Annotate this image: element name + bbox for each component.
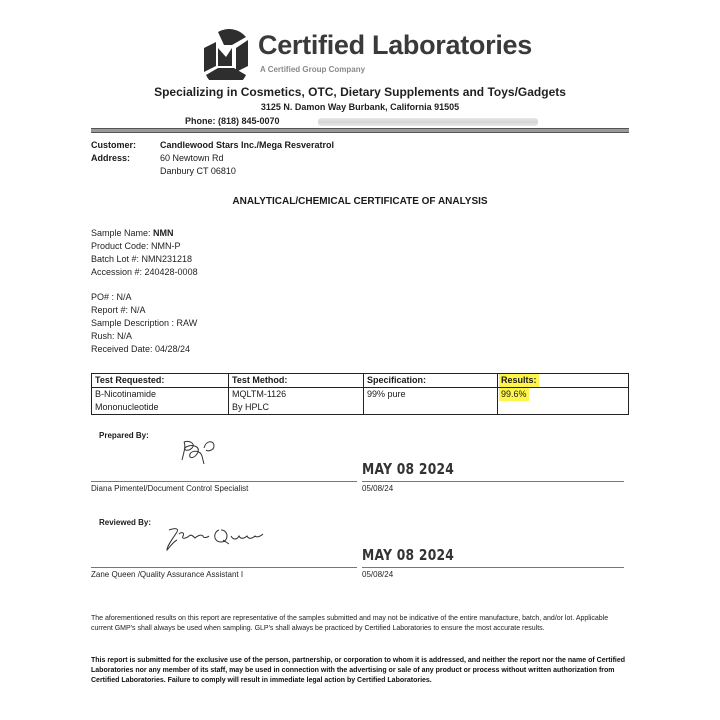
table-header-row: Test Requested: Test Method: Specificati… [92,374,629,388]
test-method-line-1: MQLTM-1126 [232,388,360,401]
received-date: Received Date: 04/28/24 [91,344,190,354]
sample-name-label: Sample Name: [91,228,153,238]
po-number: PO# : N/A [91,292,132,302]
address-label: Address: [91,153,130,163]
prepared-name-line [91,481,357,482]
header-divider [91,128,629,133]
test-requested-cell: B-Nicotinamide Mononucleotide [92,388,229,415]
representative-disclaimer: The aforementioned results on this repor… [91,614,631,634]
batch-lot: Batch Lot #: NMN231218 [91,254,192,264]
test-requested-line-1: B-Nicotinamide [95,388,225,401]
sample-name-value: NMN [153,228,174,238]
rush: Rush: N/A [91,331,132,341]
redacted-contact-bar [318,118,538,126]
prepared-by-label: Prepared By: [99,431,149,440]
reviewed-name-line [91,567,357,568]
reviewed-date-stamp: MAY 08 2024 [362,546,454,564]
address-line-2: Danbury CT 06810 [160,166,236,176]
test-requested-line-2: Mononucleotide [95,401,225,414]
customer-label: Customer: [91,140,136,150]
header-test-method: Test Method: [229,374,364,388]
results-table: Test Requested: Test Method: Specificati… [91,373,629,415]
report-number: Report #: N/A [91,305,146,315]
sample-description: Sample Description : RAW [91,318,197,328]
document-title: ANALYTICAL/CHEMICAL CERTIFICATE OF ANALY… [0,196,720,207]
customer-value: Candlewood Stars Inc./Mega Resveratrol [160,140,334,150]
accession-number: Accession #: 240428-0008 [91,267,198,277]
prepared-date-stamp: MAY 08 2024 [362,460,454,478]
company-phone: Phone: (818) 845-0070 [185,116,280,126]
results-header-highlight: Results: [499,374,539,387]
company-subtitle: A Certified Group Company [260,65,365,74]
company-name: Certified Laboratories [258,30,532,61]
prepared-signature-icon [178,438,226,466]
address-line-1: 60 Newtown Rd [160,153,224,163]
test-method-line-2: By HPLC [232,401,360,414]
table-row: B-Nicotinamide Mononucleotide MQLTM-1126… [92,388,629,415]
reviewed-date: 05/08/24 [362,570,393,579]
header-specification: Specification: [364,374,498,388]
test-method-cell: MQLTM-1126 By HPLC [229,388,364,415]
certified-laboratories-logo-icon [200,28,252,80]
sample-name: Sample Name: NMN [91,228,174,238]
prepared-date-line [362,481,624,482]
reviewed-name-title: Zane Queen /Quality Assurance Assistant … [91,570,243,579]
company-tagline: Specializing in Cosmetics, OTC, Dietary … [0,85,720,99]
prepared-name-title: Diana Pimentel/Document Control Speciali… [91,484,248,493]
header-results: Results: [498,374,629,388]
product-code: Product Code: NMN-P [91,241,181,251]
reviewed-date-line [362,567,624,568]
header-test-requested: Test Requested: [92,374,229,388]
result-value: 99.6% [499,388,529,401]
reviewed-signature-icon [163,524,268,554]
reviewed-by-label: Reviewed By: [99,518,151,527]
prepared-date: 05/08/24 [362,484,393,493]
exclusive-use-disclaimer: This report is submitted for the exclusi… [91,656,631,686]
result-cell: 99.6% [498,388,629,415]
company-address: 3125 N. Damon Way Burbank, California 91… [0,102,720,112]
specification-cell: 99% pure [364,388,498,415]
